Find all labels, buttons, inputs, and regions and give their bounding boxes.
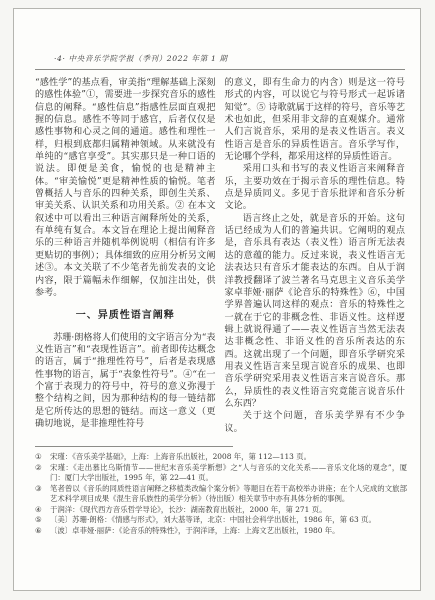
body-columns: “感性学”的基点看，审美指“理解基础上深刻的感性体验”①，需要进一步探究音乐的感… bbox=[35, 77, 405, 439]
footnote-item: ② 宋瑾：《走出慕比乌斯情节——世纪末音乐美学断想》之“人与音乐的文化关系——音… bbox=[35, 463, 407, 484]
left-column: “感性学”的基点看，审美指“理解基础上深刻的感性体验”①，需要进一步探究音乐的感… bbox=[35, 77, 216, 439]
footnote-number: ① bbox=[35, 452, 50, 463]
paragraph-continuation: “感性学”的基点看，审美指“理解基础上深刻的感性体验”①，需要进一步探究音乐的感… bbox=[35, 77, 216, 299]
footnote-number: ② bbox=[35, 463, 50, 484]
paragraph-langer: 苏珊·朗格将人们使用的文字语言分为“表义性语言”和“表现性语言”。前者即传达概念… bbox=[35, 332, 216, 431]
right-column: 的意义，即有生命力的内含）则是这一符号形式的内容，可以说它与符号形式一起诉诸知觉… bbox=[225, 77, 406, 439]
page-number: ·4· bbox=[54, 54, 65, 63]
header-divider bbox=[35, 69, 405, 70]
section-heading: 一、异质性语言阐释 bbox=[35, 310, 216, 322]
footnote-number: ⑥ bbox=[35, 526, 50, 537]
paragraph-right-2: 语言终止之处，就是音乐的开始。这句话已经成为人们的普遍共识。它阐明的观点是，音乐… bbox=[225, 213, 406, 411]
running-head: ·4· 中央音乐学院学报（季刊）2022 年第 1 期 bbox=[54, 53, 384, 64]
footnote-text: 宋瑾：《音乐美学基础》，上海：上海音乐出版社，2008 年，第 112—113 … bbox=[50, 452, 407, 463]
paragraph-right-3: 关于这个问题，音乐美学界有不少争议。 bbox=[225, 410, 406, 435]
journal-page: ·4· 中央音乐学院学报（季刊）2022 年第 1 期 “感性学”的基点看，审美… bbox=[13, 8, 421, 591]
footnote-number: ⑤ bbox=[35, 515, 50, 526]
paragraph-right-0: 的意义，即有生命力的内含）则是这一符号形式的内容，可以说它与符号形式一起诉诸知觉… bbox=[225, 77, 406, 163]
footnote-number: ③ bbox=[35, 484, 50, 505]
journal-title-line: 中央音乐学院学报（季刊）2022 年第 1 期 bbox=[68, 54, 227, 63]
footnote-item: ④ 于润洋：《现代西方音乐哲学导论》，长沙：湖南教育出版社，2000 年，第 2… bbox=[35, 505, 407, 516]
footnote-divider bbox=[35, 446, 233, 447]
footnote-text: 笔者曾以《音乐的同质性语言阐释之移植类改编个案分析》等题目在若干高校举办讲座；在… bbox=[50, 484, 407, 505]
footnote-number: ④ bbox=[35, 505, 50, 516]
footnote-text: 于润洋：《现代西方音乐哲学导论》，长沙：湖南教育出版社，2000 年，第 271… bbox=[50, 505, 407, 516]
footnotes: ① 宋瑾：《音乐美学基础》，上海：上海音乐出版社，2008 年，第 112—11… bbox=[35, 452, 407, 536]
footnote-item: ③ 笔者曾以《音乐的同质性语言阐释之移植类改编个案分析》等题目在若干高校举办讲座… bbox=[35, 484, 407, 505]
footnote-text: 〔美〕苏珊·朗格：《情感与形式》，刘大基等译，北京：中国社会科学出版社，1986… bbox=[50, 515, 407, 526]
footnote-item: ⑥ 〔波〕卓菲娅·丽萨：《论音乐的特殊性》，于润洋译，上海：上海文艺出版社，19… bbox=[35, 526, 407, 537]
footnote-text: 宋瑾：《走出慕比乌斯情节——世纪末音乐美学断想》之“人与音乐的文化关系——音乐文… bbox=[50, 463, 407, 484]
paragraph-right-1: 采用口头和书写的表义性语言来阐释音乐，主要功效在于揭示音乐的理性信息。特点是异质… bbox=[225, 163, 406, 212]
footnote-item: ① 宋瑾：《音乐美学基础》，上海：上海音乐出版社，2008 年，第 112—11… bbox=[35, 452, 407, 463]
footnote-item: ⑤ 〔美〕苏珊·朗格：《情感与形式》，刘大基等译，北京：中国社会科学出版社，19… bbox=[35, 515, 407, 526]
footnote-text: 〔波〕卓菲娅·丽萨：《论音乐的特殊性》，于润洋译，上海：上海文艺出版社，1980… bbox=[50, 526, 407, 537]
